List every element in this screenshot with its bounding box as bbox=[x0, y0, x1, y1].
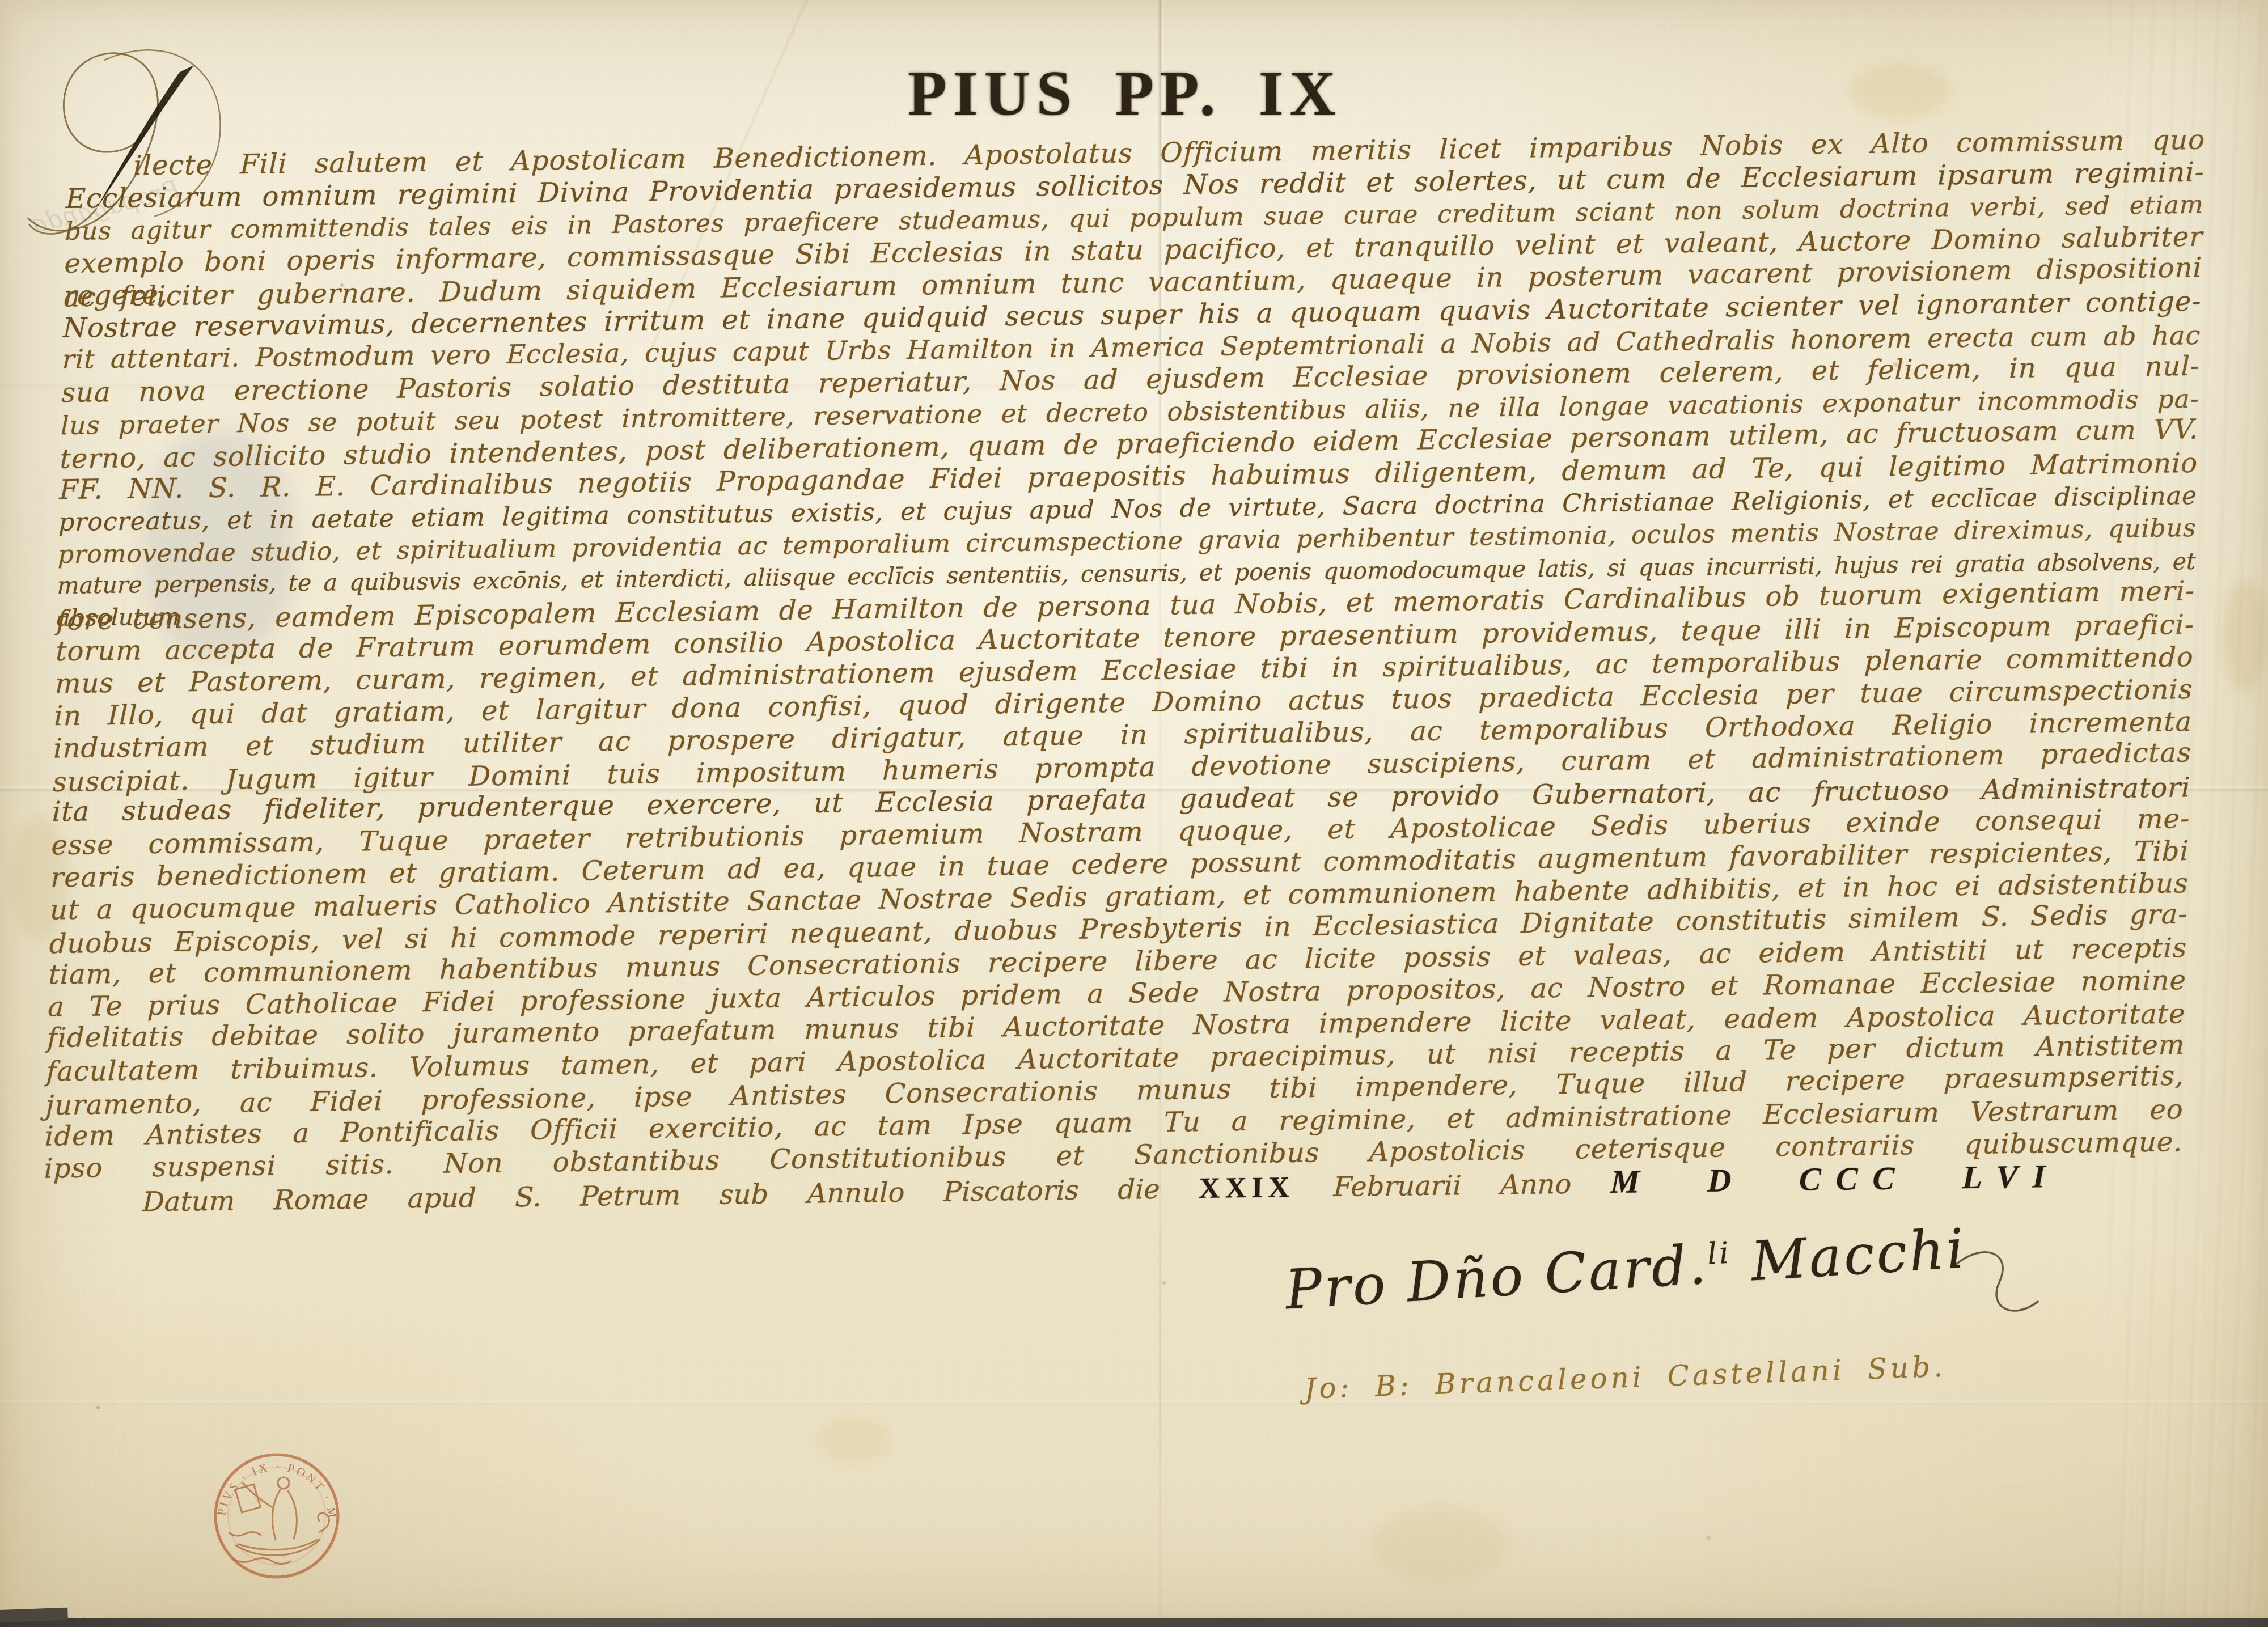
dateline-year-roman: M D CCC LVI bbox=[1610, 1158, 2060, 1200]
stain bbox=[816, 1417, 890, 1463]
stain bbox=[1372, 1508, 1508, 1582]
page-title: PIUS PP. IX bbox=[0, 57, 2259, 130]
svg-text:PIVS · IX · PONT · MAX ·: PIVS · IX · PONT · MAX · bbox=[209, 1448, 340, 1521]
dateline-day-roman: XXIX bbox=[1199, 1171, 1295, 1205]
manuscript-lines: ilecte Fili salutem et Apostolicam Bened… bbox=[44, 124, 2205, 1185]
fisherman-ring-stamp: PIVS · IX · PONT · MAX · bbox=[209, 1448, 345, 1584]
stamp-legend: PIVS · IX · PONT · MAX · bbox=[209, 1448, 340, 1521]
countersignature-name: Macchi bbox=[1730, 1217, 1968, 1294]
scanner-edge-strip bbox=[0, 1618, 2268, 1627]
cardinal-countersignature: Pro Dño Card.li Macchi bbox=[1284, 1213, 2023, 1321]
dateline-middle: Februarii Anno bbox=[1333, 1168, 1572, 1203]
secretary-signature: Jo: B: Brancaleoni Castellani Sub. bbox=[1304, 1349, 1984, 1405]
fold-crease-horizontal bbox=[0, 1399, 2268, 1406]
manuscript-body: ilecte Fili salutem et Apostolicam Bened… bbox=[43, 124, 2206, 1218]
right-edge-wrinkles bbox=[2109, 0, 2268, 1627]
countersignature-text: Pro Dño Card. bbox=[1284, 1232, 1710, 1321]
signature-flourish bbox=[1945, 1247, 2047, 1338]
countersignature-superscript: li bbox=[1706, 1236, 1732, 1272]
parchment-scan: Propaganda PIUS PP. IX D ilecte Fili sal… bbox=[0, 0, 2268, 1627]
scanner-edge-corner bbox=[0, 1608, 68, 1622]
